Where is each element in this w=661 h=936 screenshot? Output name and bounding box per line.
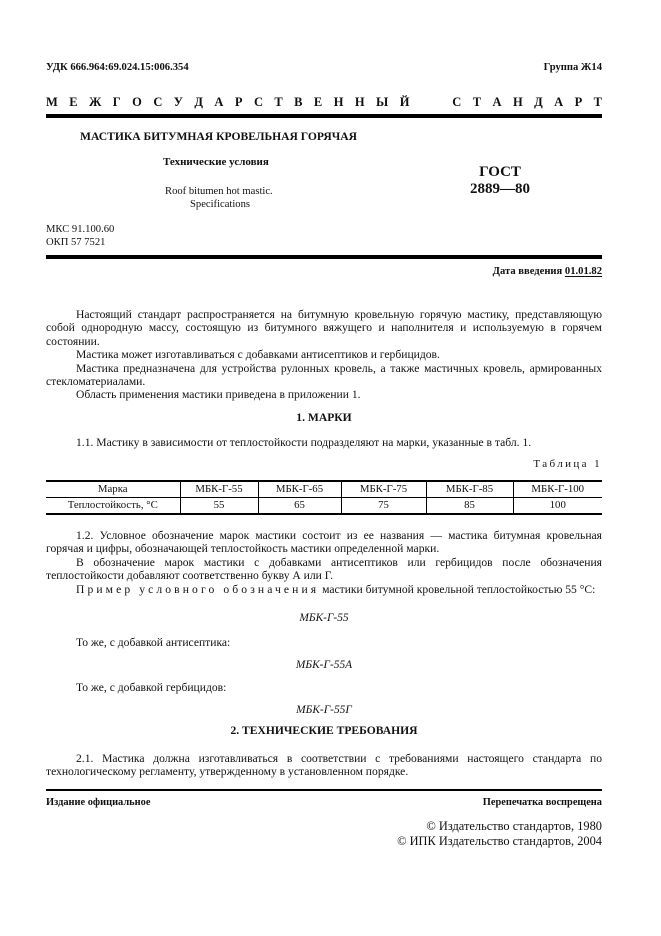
clause-1-1-text: 1.1. Мастику в зависимости от теплостойк… bbox=[46, 436, 602, 449]
formula-antiseptic: МБК-Г-55А bbox=[46, 659, 602, 671]
table-cell: 75 bbox=[341, 498, 426, 515]
table-cell: 85 bbox=[426, 498, 513, 515]
effective-date-label: Дата введения bbox=[493, 266, 563, 277]
table-row: Теплостойкость, °С 55 65 75 85 100 bbox=[46, 498, 602, 515]
banner-letter: С bbox=[452, 95, 461, 110]
reprint-prohibited: Перепечатка воспрещена bbox=[483, 797, 602, 808]
table-cell: 100 bbox=[513, 498, 602, 515]
banner-letter: В bbox=[294, 95, 302, 110]
antiseptic-label: То же, с добавкой антисептика: bbox=[76, 636, 230, 649]
clause-1-2: 1.2. Условное обозначение марок мастики … bbox=[46, 529, 602, 596]
herbicide-label: То же, с добавкой гербицидов: bbox=[76, 681, 226, 694]
gost-designation: ГОСТ 2889—80 bbox=[460, 164, 540, 198]
banner-letter: Й bbox=[400, 95, 410, 110]
banner-letter: Д bbox=[194, 95, 203, 110]
banner-letter: С bbox=[153, 95, 162, 110]
clause-1-2-text: 1.2. Условное обозначение марок мастики … bbox=[46, 529, 602, 556]
copyright-1980: © Издательство стандартов, 1980 bbox=[426, 819, 602, 834]
copyright-2004: © ИПК Издательство стандартов, 2004 bbox=[397, 834, 602, 849]
banner-letter: Р bbox=[235, 95, 243, 110]
formula-herbicide: МБК-Г-55Г bbox=[46, 704, 602, 716]
banner-letter: Н bbox=[355, 95, 365, 110]
table-cell: Теплостойкость, °С bbox=[46, 498, 180, 515]
section-1-heading: 1. МАРКИ bbox=[46, 411, 602, 424]
banner-letter: А bbox=[554, 95, 563, 110]
table-cell: 65 bbox=[258, 498, 341, 515]
mks-code: МКС 91.100.60 bbox=[46, 223, 114, 236]
document-subtitle: Технические условия bbox=[163, 156, 269, 168]
intro-paragraph: Настоящий стандарт распространяется на б… bbox=[46, 308, 602, 348]
designation-example: Пример условного обозначения мастики бит… bbox=[46, 583, 602, 596]
effective-date: Дата введения 01.01.82 bbox=[493, 266, 602, 277]
document-title: МАСТИКА БИТУМНАЯ КРОВЕЛЬНАЯ ГОРЯЧАЯ bbox=[80, 130, 357, 143]
banner-letter: М bbox=[46, 95, 58, 110]
classification-codes: МКС 91.100.60 ОКП 57 7521 bbox=[46, 223, 114, 249]
effective-date-value: 01.01.82 bbox=[565, 266, 602, 277]
banner-letter: Н bbox=[513, 95, 523, 110]
banner-letter: У bbox=[174, 95, 183, 110]
banner-letter: Т bbox=[473, 95, 481, 110]
clause-1-1: 1.1. Мастику в зависимости от теплостойк… bbox=[46, 436, 602, 449]
banner-letter: Е bbox=[314, 95, 322, 110]
banner-gap bbox=[421, 95, 441, 110]
english-title-line1: Roof bitumen hot mastic. bbox=[165, 186, 273, 197]
example-text: мастики битумной кровельной теплостойкос… bbox=[319, 583, 595, 596]
interstate-standard-banner: М Е Ж Г О С У Д А Р С Т В Е Н Н Ы Й С Т … bbox=[46, 95, 602, 110]
table-caption: Таблица 1 bbox=[533, 458, 602, 470]
group-code: Группа Ж14 bbox=[544, 62, 602, 73]
banner-letter: А bbox=[493, 95, 502, 110]
footer-rule bbox=[46, 789, 602, 791]
banner-letter: Ы bbox=[376, 95, 388, 110]
title-rule bbox=[46, 255, 602, 259]
clause-2-1: 2.1. Мастика должна изготавливаться в со… bbox=[46, 752, 602, 779]
banner-letter: Р bbox=[575, 95, 583, 110]
header-rule bbox=[46, 114, 602, 118]
intro-text: Настоящий стандарт распространяется на б… bbox=[46, 308, 602, 402]
table-header-cell: МБК-Г-100 bbox=[513, 481, 602, 498]
clause-2-1-text: 2.1. Мастика должна изготавливаться в со… bbox=[46, 752, 602, 779]
table-header-cell: МБК-Г-55 bbox=[180, 481, 258, 498]
okp-code: ОКП 57 7521 bbox=[46, 236, 114, 249]
table-header-cell: МБК-Г-65 bbox=[258, 481, 341, 498]
banner-letter: Т bbox=[594, 95, 602, 110]
table-header-cell: МБК-Г-75 bbox=[341, 481, 426, 498]
clause-1-2-additives: В обозначение марок мастики с добавками … bbox=[46, 556, 602, 583]
banner-letter: Г bbox=[113, 95, 121, 110]
gost-number: 2889—80 bbox=[460, 181, 540, 198]
grades-table: Марка МБК-Г-55 МБК-Г-65 МБК-Г-75 МБК-Г-8… bbox=[46, 480, 602, 515]
table-cell: 55 bbox=[180, 498, 258, 515]
banner-letter: Н bbox=[334, 95, 344, 110]
section-2-heading: 2. ТЕХНИЧЕСКИЕ ТРЕБОВАНИЯ bbox=[46, 724, 602, 737]
official-edition: Издание официальное bbox=[46, 797, 150, 808]
table-header-cell: Марка bbox=[46, 481, 180, 498]
udk-code: УДК 666.964:69.024.15:006.354 bbox=[46, 62, 189, 73]
banner-letter: О bbox=[132, 95, 142, 110]
intro-paragraph: Мастика может изготавливаться с добавкам… bbox=[46, 348, 602, 361]
table-header-row: Марка МБК-Г-55 МБК-Г-65 МБК-Г-75 МБК-Г-8… bbox=[46, 481, 602, 498]
banner-letter: Д bbox=[534, 95, 543, 110]
banner-letter: С bbox=[254, 95, 263, 110]
formula-base: МБК-Г-55 bbox=[46, 612, 602, 624]
english-title-line2: Specifications bbox=[190, 199, 250, 210]
banner-letter: Е bbox=[69, 95, 77, 110]
table-header-cell: МБК-Г-85 bbox=[426, 481, 513, 498]
banner-letter: Т bbox=[274, 95, 282, 110]
banner-letter: А bbox=[214, 95, 223, 110]
intro-paragraph: Мастика предназначена для устройства рул… bbox=[46, 362, 602, 389]
example-label: Пример условного обозначения bbox=[76, 583, 319, 596]
banner-letter: Ж bbox=[89, 95, 101, 110]
intro-paragraph: Область применения мастики приведена в п… bbox=[46, 388, 602, 401]
gost-label: ГОСТ bbox=[460, 164, 540, 181]
